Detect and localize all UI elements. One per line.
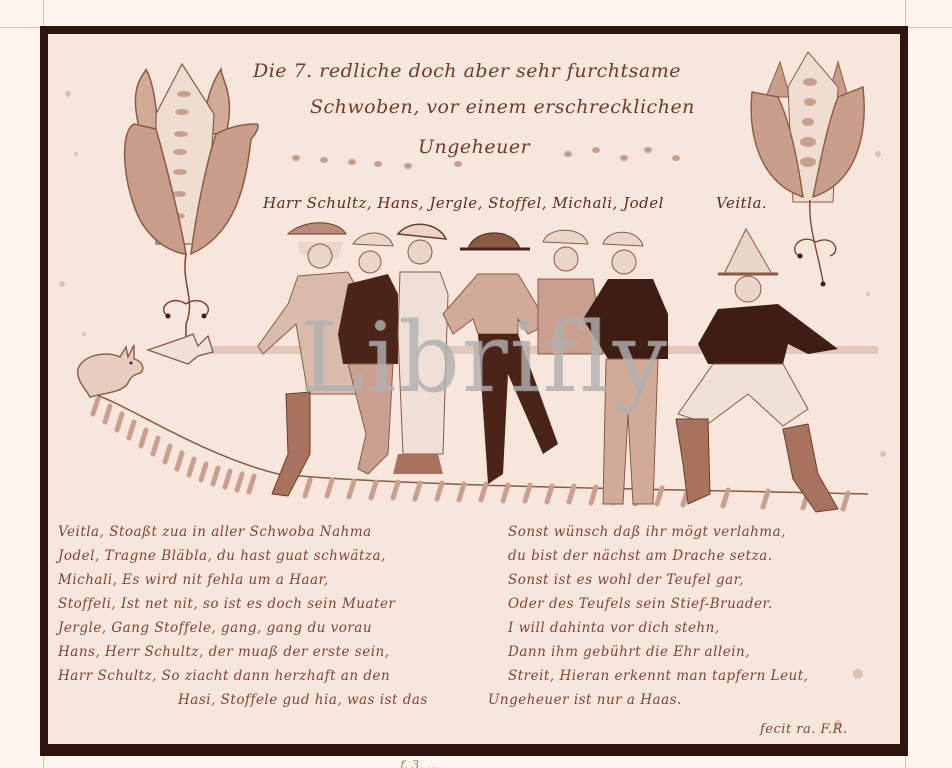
manuscript-sheet: Die 7. redliche doch aber sehr furchtsam… — [48, 34, 900, 744]
figure-3 — [393, 224, 448, 474]
figure-2 — [338, 233, 398, 474]
verse-line: Hans, Herr Schultz, der muaß der erste s… — [58, 644, 390, 660]
right-tulip-icon — [751, 52, 864, 287]
verse-line: Ungeheuer ist nur a Haas. — [488, 692, 682, 708]
character-name-veitla: Veitla. — [716, 194, 767, 212]
verse-line: Sonst ist es wohl der Teufel gar, — [508, 572, 744, 588]
left-tulip-icon — [125, 64, 258, 345]
artist-signature: fecit ra. F.R. — [760, 722, 848, 737]
manuscript-title-line-1: Die 7. redliche doch aber sehr furchtsam… — [253, 60, 681, 82]
figure-5 — [538, 230, 603, 354]
verse-line: Hasi, Stoffele gud hia, was ist das — [178, 692, 428, 708]
verse-line: Stoffeli, Ist net nit, so ist es doch se… — [58, 596, 395, 612]
character-names-group: Harr Schultz, Hans, Jergle, Stoffel, Mic… — [263, 194, 664, 212]
verse-line: Sonst wünsch daß ihr mögt verlahma, — [508, 524, 786, 540]
manuscript-title-line-3: Ungeheuer — [418, 136, 530, 158]
seven-swabians — [258, 223, 838, 512]
figure-7 — [676, 229, 838, 512]
verse-line: Dann ihm gebührt die Ehr allein, — [508, 644, 750, 660]
verse-line: Jodel, Tragne Bläbla, du hast guat schwä… — [58, 548, 386, 564]
verse-line: Streit, Hieran erkennt man tapfern Leut, — [508, 668, 808, 684]
figure-6 — [583, 232, 668, 504]
verse-line: du bist der nächst am Drache setza. — [508, 548, 773, 564]
verse-line: Michali, Es wird nit fehla um a Haar, — [58, 572, 329, 588]
verse-line: I will dahinta vor dich stehn, — [508, 620, 720, 636]
hare-icon — [78, 345, 143, 397]
verse-line: Veitla, Stoaßt zua in aller Schwoba Nahm… — [58, 524, 372, 540]
manuscript-title-line-2: Schwoben, vor einem erschrecklichen — [310, 96, 695, 118]
verse-line: Harr Schultz, So ziacht dann herzhaft an… — [58, 668, 390, 684]
hillside — [88, 392, 868, 509]
verse-line: Oder des Teufels sein Stief-Bruader. — [508, 596, 773, 612]
figure-4 — [443, 233, 558, 484]
verse-line: Jergle, Gang Stoffele, gang, gang du vor… — [58, 620, 372, 636]
bottom-margin-note: f. 3. ... — [400, 758, 438, 768]
